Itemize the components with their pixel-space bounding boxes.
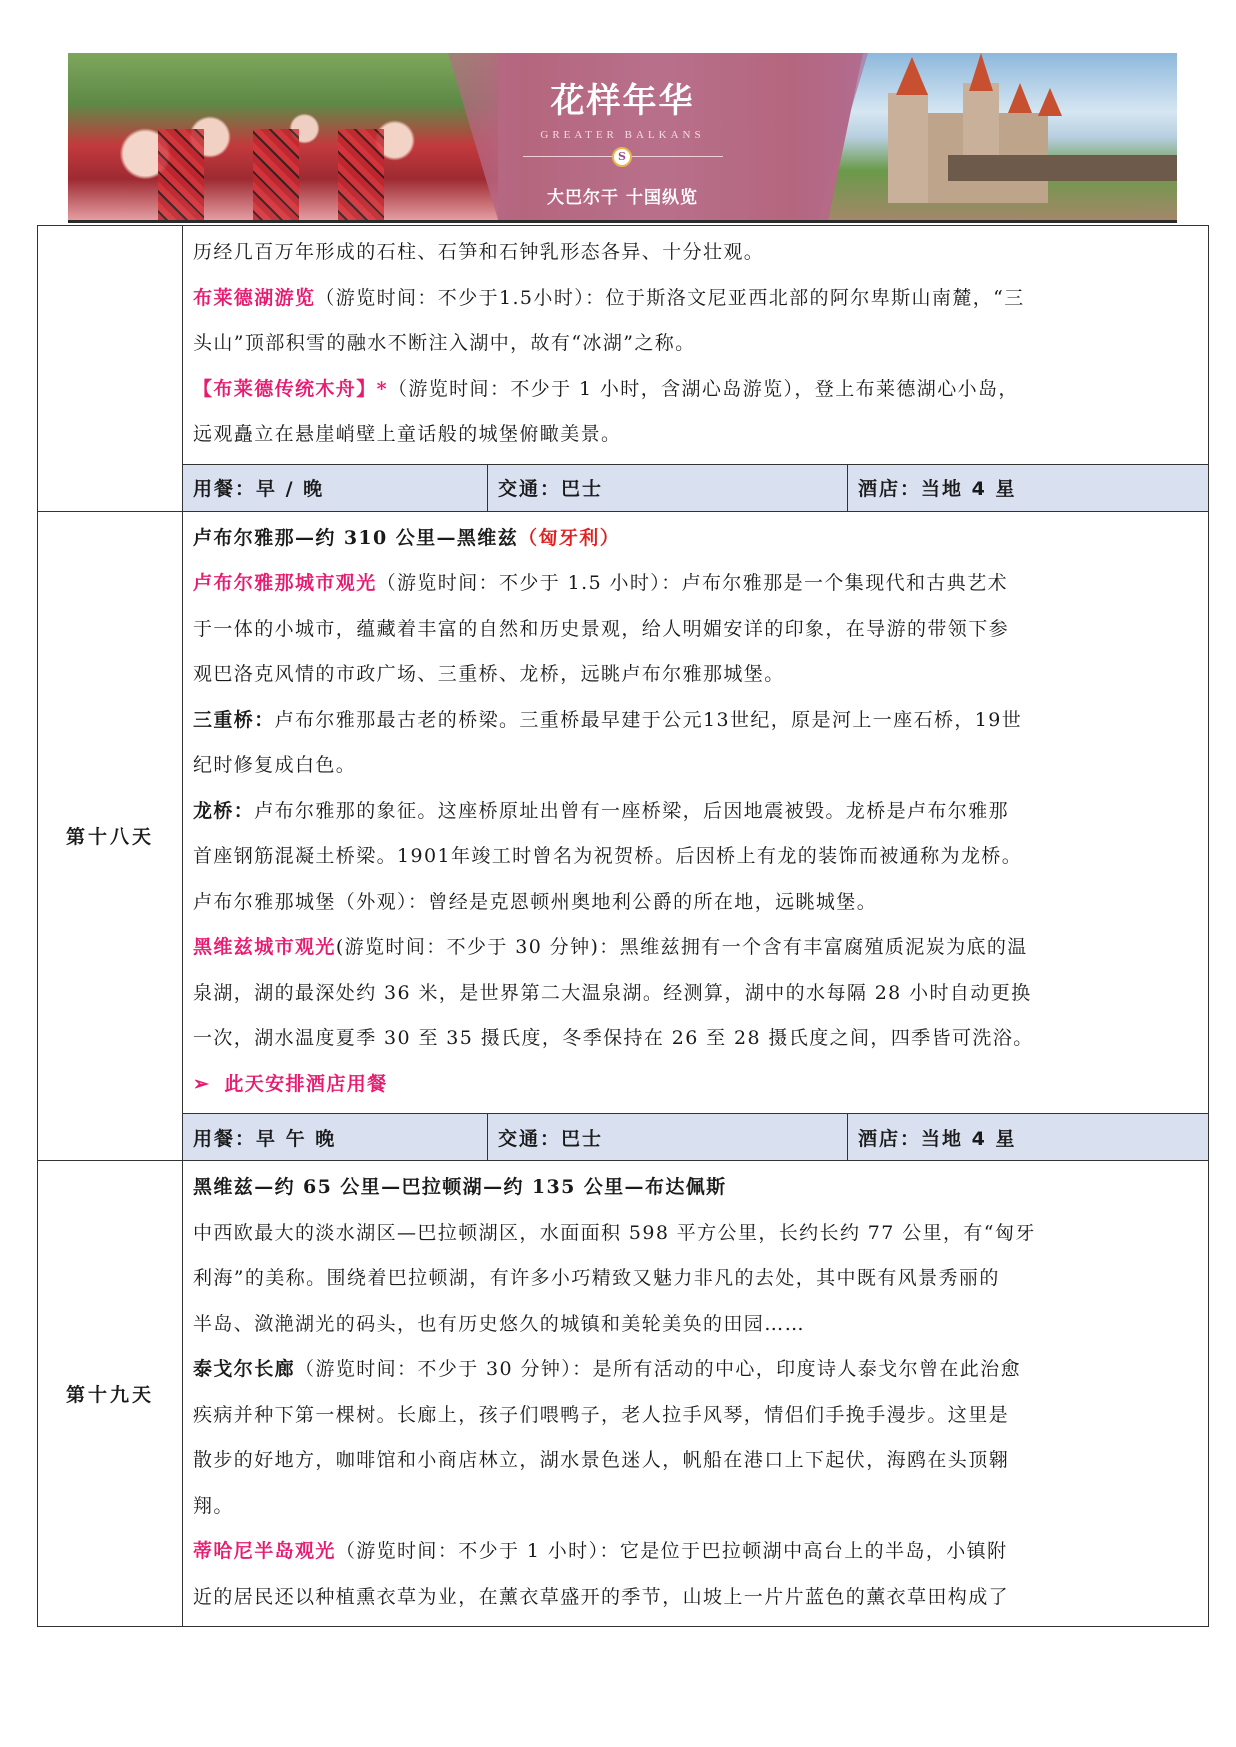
description-line: 蒂哈尼半岛观光（游览时间：不少于 1 小时）：它是位于巴拉顿湖中高台上的半岛，小… — [193, 1529, 1198, 1575]
text-segment: （游览时间：不少于1.5小时）：位于斯洛文尼亚西北部的阿尔卑斯山南麓，“三 — [315, 287, 1024, 309]
description-line: 于一体的小城市，蕴藏着丰富的自然和历史景观，给人明媚安详的印象，在导游的带领下参 — [193, 607, 1198, 653]
description-line: 首座钢筋混凝土桥梁。1901年竣工时曾名为祝贺桥。后因桥上有龙的装饰而被通称为龙… — [193, 834, 1198, 880]
route-heading: 黑维兹—约 65 公里—巴拉顿湖—约 135 公里—布达佩斯 — [193, 1165, 1198, 1211]
text-segment: 卢布尔雅那的象征。这座桥原址出曾有一座桥梁，后因地震被毁。龙桥是卢布尔雅那 — [254, 800, 1009, 822]
description-line: 黑维兹城市观光(游览时间：不少于 30 分钟)：黑维兹拥有一个含有丰富腐殖质泥炭… — [193, 925, 1198, 971]
description-line: 泉湖，湖的最深处约 36 米，是世界第二大温泉湖。经测算，湖中的水每隔 28 小… — [193, 971, 1198, 1017]
text-segment: 半岛、潋滟湖光的码头，也有历史悠久的城镇和美轮美奂的田园…… — [193, 1313, 805, 1335]
text-segment: 泉湖，湖的最深处约 36 米，是世界第二大温泉湖。经测算，湖中的水每隔 28 小… — [193, 982, 1032, 1004]
description-line: 散步的好地方，咖啡馆和小商店林立，湖水景色迷人，帆船在港口上下起伏，海鸥在头顶翱 — [193, 1438, 1198, 1484]
route-text: 卢布尔雅那—约 310 公里—黑维兹 — [193, 527, 518, 549]
itinerary-row-day-19: 第十九天 黑维兹—约 65 公里—巴拉顿湖—约 135 公里—布达佩斯 中西欧最… — [38, 1161, 1209, 1627]
banner-subtitle: GREATER BALKANS — [68, 129, 1177, 141]
meal-note-text: 此天安排酒店用餐 — [224, 1073, 387, 1095]
brand-logo-icon: S — [612, 147, 632, 167]
description-line: 头山”顶部积雪的融水不断注入湖中，故有“冰湖”之称。 — [193, 321, 1198, 367]
description-line: 卢布尔雅那城堡（外观）：曾经是克恩顿州奥地利公爵的所在地，远眺城堡。 — [193, 880, 1198, 926]
text-segment: 观巴洛克风情的市政广场、三重桥、龙桥，远眺卢布尔雅那城堡。 — [193, 663, 785, 685]
text-segment: 于一体的小城市，蕴藏着丰富的自然和历史景观，给人明媚安详的印象，在导游的带领下参 — [193, 618, 1009, 640]
text-segment: 近的居民还以种植熏衣草为业，在薰衣草盛开的季节，山坡上一片片蓝色的薰衣草田构成了 — [193, 1586, 1009, 1608]
castle-bridge — [948, 155, 1177, 181]
description-line: 中西欧最大的淡水湖区—巴拉顿湖区，水面面积 598 平方公里，长约长约 77 公… — [193, 1211, 1198, 1257]
description-line: 疾病并种下第一棵树。长廊上，孩子们喂鸭子，老人拉手风琴，情侣们手挽手漫步。这里是 — [193, 1393, 1198, 1439]
meals-transport-hotel-row: 用餐：早 午 晚 交通：巴士 酒店：当地 4 星 — [38, 1114, 1209, 1161]
day-description: 黑维兹—约 65 公里—巴拉顿湖—约 135 公里—布达佩斯 中西欧最大的淡水湖… — [183, 1161, 1209, 1627]
hotel-cell: 酒店：当地 4 星 — [848, 464, 1209, 511]
itinerary-table: 历经几百万年形成的石柱、石笋和石钟乳形态各异、十分壮观。 布莱德湖游览（游览时间… — [37, 225, 1209, 1627]
description-line: 近的居民还以种植熏衣草为业，在薰衣草盛开的季节，山坡上一片片蓝色的薰衣草田构成了 — [193, 1575, 1198, 1621]
description-line: 泰戈尔长廊（游览时间：不少于 30 分钟）：是所有活动的中心，印度诗人泰戈尔曾在… — [193, 1347, 1198, 1393]
description-line: 三重桥：卢布尔雅那最古老的桥梁。三重桥最早建于公元13世纪，原是河上一座石桥，1… — [193, 698, 1198, 744]
meals-cell: 用餐：早 / 晚 — [183, 464, 488, 511]
sight-name: 泰戈尔长廊 — [193, 1358, 295, 1380]
attraction-name: 布莱德湖游览 — [193, 287, 315, 309]
description-line: 龙桥：卢布尔雅那的象征。这座桥原址出曾有一座桥梁，后因地震被毁。龙桥是卢布尔雅那 — [193, 789, 1198, 835]
description-line: 卢布尔雅那城市观光（游览时间：不少于 1.5 小时）：卢布尔雅那是一个集现代和古… — [193, 561, 1198, 607]
text-segment: 利海”的美称。围绕着巴拉顿湖，有许多小巧精致又魅力非凡的去处，其中既有风景秀丽的 — [193, 1267, 1000, 1289]
description-line: 一次，湖水温度夏季 30 至 35 摄氏度，冬季保持在 26 至 28 摄氏度之… — [193, 1016, 1198, 1062]
header-banner: 花样年华 GREATER BALKANS S 大巴尔干 十国纵览 — [68, 53, 1177, 221]
transport-cell: 交通：巴士 — [488, 1114, 848, 1161]
text-segment: （游览时间：不少于 1.5 小时）：卢布尔雅那是一个集现代和古典艺术 — [377, 572, 1008, 594]
day-label: 第十八天 — [38, 511, 183, 1161]
route-text: 黑维兹—约 65 公里—巴拉顿湖—约 135 公里—布达佩斯 — [193, 1176, 727, 1198]
optional-activity-name: 【布莱德传统木舟】* — [193, 378, 388, 400]
text-segment: 翔。 — [193, 1495, 234, 1517]
sight-name: 三重桥： — [193, 709, 275, 731]
hotel-cell: 酒店：当地 4 星 — [848, 1114, 1209, 1161]
text-segment: 头山”顶部积雪的融水不断注入湖中，故有“冰湖”之称。 — [193, 332, 696, 354]
transport-cell: 交通：巴士 — [488, 464, 848, 511]
day-label: 第十九天 — [38, 1161, 183, 1627]
text-segment: 历经几百万年形成的石柱、石笋和石钟乳形态各异、十分壮观。 — [193, 241, 764, 263]
text-segment: 散步的好地方，咖啡馆和小商店林立，湖水景色迷人，帆船在港口上下起伏，海鸥在头顶翱 — [193, 1449, 1009, 1471]
text-segment: 首座钢筋混凝土桥梁。1901年竣工时曾名为祝贺桥。后因桥上有龙的装饰而被通称为龙… — [193, 845, 1022, 867]
text-segment: (游览时间：不少于 30 分钟)：黑维兹拥有一个含有丰富腐殖质泥炭为底的温 — [336, 936, 1028, 958]
description-line: 远观矗立在悬崖峭壁上童话般的城堡俯瞰美景。 — [193, 412, 1198, 458]
description-line: 观巴洛克风情的市政广场、三重桥、龙桥，远眺卢布尔雅那城堡。 — [193, 652, 1198, 698]
text-segment: （游览时间：不少于 1 小时）：它是位于巴拉顿湖中高台上的半岛，小镇附 — [336, 1540, 1008, 1562]
attraction-name: 黑维兹城市观光 — [193, 936, 336, 958]
itinerary-row-day-18: 第十八天 卢布尔雅那—约 310 公里—黑维兹（匈牙利） 卢布尔雅那城市观光（游… — [38, 511, 1209, 1114]
route-heading: 卢布尔雅那—约 310 公里—黑维兹（匈牙利） — [193, 516, 1198, 562]
country-label: （匈牙利） — [518, 527, 620, 549]
description-line: 布莱德湖游览（游览时间：不少于1.5小时）：位于斯洛文尼亚西北部的阿尔卑斯山南麓… — [193, 276, 1198, 322]
banner-underline — [68, 220, 1177, 223]
text-segment: （游览时间：不少于 30 分钟）：是所有活动的中心，印度诗人泰戈尔曾在此治愈 — [295, 1358, 1021, 1380]
day-description: 卢布尔雅那—约 310 公里—黑维兹（匈牙利） 卢布尔雅那城市观光（游览时间：不… — [183, 511, 1209, 1114]
banner-tagline: 大巴尔干 十国纵览 — [68, 183, 1177, 208]
text-segment: 中西欧最大的淡水湖区—巴拉顿湖区，水面面积 598 平方公里，长约长约 77 公… — [193, 1222, 1036, 1244]
text-segment: 一次，湖水温度夏季 30 至 35 摄氏度，冬季保持在 26 至 28 摄氏度之… — [193, 1027, 1034, 1049]
description-line: 纪时修复成白色。 — [193, 743, 1198, 789]
text-segment: （游览时间：不少于 1 小时，含湖心岛游览），登上布莱德湖心小岛， — [388, 378, 1019, 400]
banner-title: 花样年华 — [68, 73, 1177, 122]
day-label — [38, 226, 183, 512]
description-line: 半岛、潋滟湖光的码头，也有历史悠久的城镇和美轮美奂的田园…… — [193, 1302, 1198, 1348]
description-line: 历经几百万年形成的石柱、石笋和石钟乳形态各异、十分壮观。 — [193, 230, 1198, 276]
text-segment: 卢布尔雅那最古老的桥梁。三重桥最早建于公元13世纪，原是河上一座石桥，19世 — [275, 709, 1023, 731]
meals-cell: 用餐：早 午 晚 — [183, 1114, 488, 1161]
description-line: 【布莱德传统木舟】*（游览时间：不少于 1 小时，含湖心岛游览），登上布莱德湖心… — [193, 367, 1198, 413]
attraction-name: 蒂哈尼半岛观光 — [193, 1540, 336, 1562]
meals-transport-hotel-row: 用餐：早 / 晚 交通：巴士 酒店：当地 4 星 — [38, 464, 1209, 511]
day-description: 历经几百万年形成的石柱、石笋和石钟乳形态各异、十分壮观。 布莱德湖游览（游览时间… — [183, 226, 1209, 465]
meal-note: ➢此天安排酒店用餐 — [193, 1062, 1198, 1108]
text-segment: 纪时修复成白色。 — [193, 754, 356, 776]
text-segment: 远观矗立在悬崖峭壁上童话般的城堡俯瞰美景。 — [193, 423, 621, 445]
text-segment: 卢布尔雅那城堡（外观）：曾经是克恩顿州奥地利公爵的所在地，远眺城堡。 — [193, 891, 877, 913]
description-line: 利海”的美称。围绕着巴拉顿湖，有许多小巧精致又魅力非凡的去处，其中既有风景秀丽的 — [193, 1256, 1198, 1302]
sight-name: 龙桥： — [193, 800, 254, 822]
attraction-name: 卢布尔雅那城市观光 — [193, 572, 377, 594]
description-line: 翔。 — [193, 1484, 1198, 1530]
arrow-bullet-icon: ➢ — [193, 1073, 210, 1095]
itinerary-row-continued: 历经几百万年形成的石柱、石笋和石钟乳形态各异、十分壮观。 布莱德湖游览（游览时间… — [38, 226, 1209, 465]
text-segment: 疾病并种下第一棵树。长廊上，孩子们喂鸭子，老人拉手风琴，情侣们手挽手漫步。这里是 — [193, 1404, 1009, 1426]
